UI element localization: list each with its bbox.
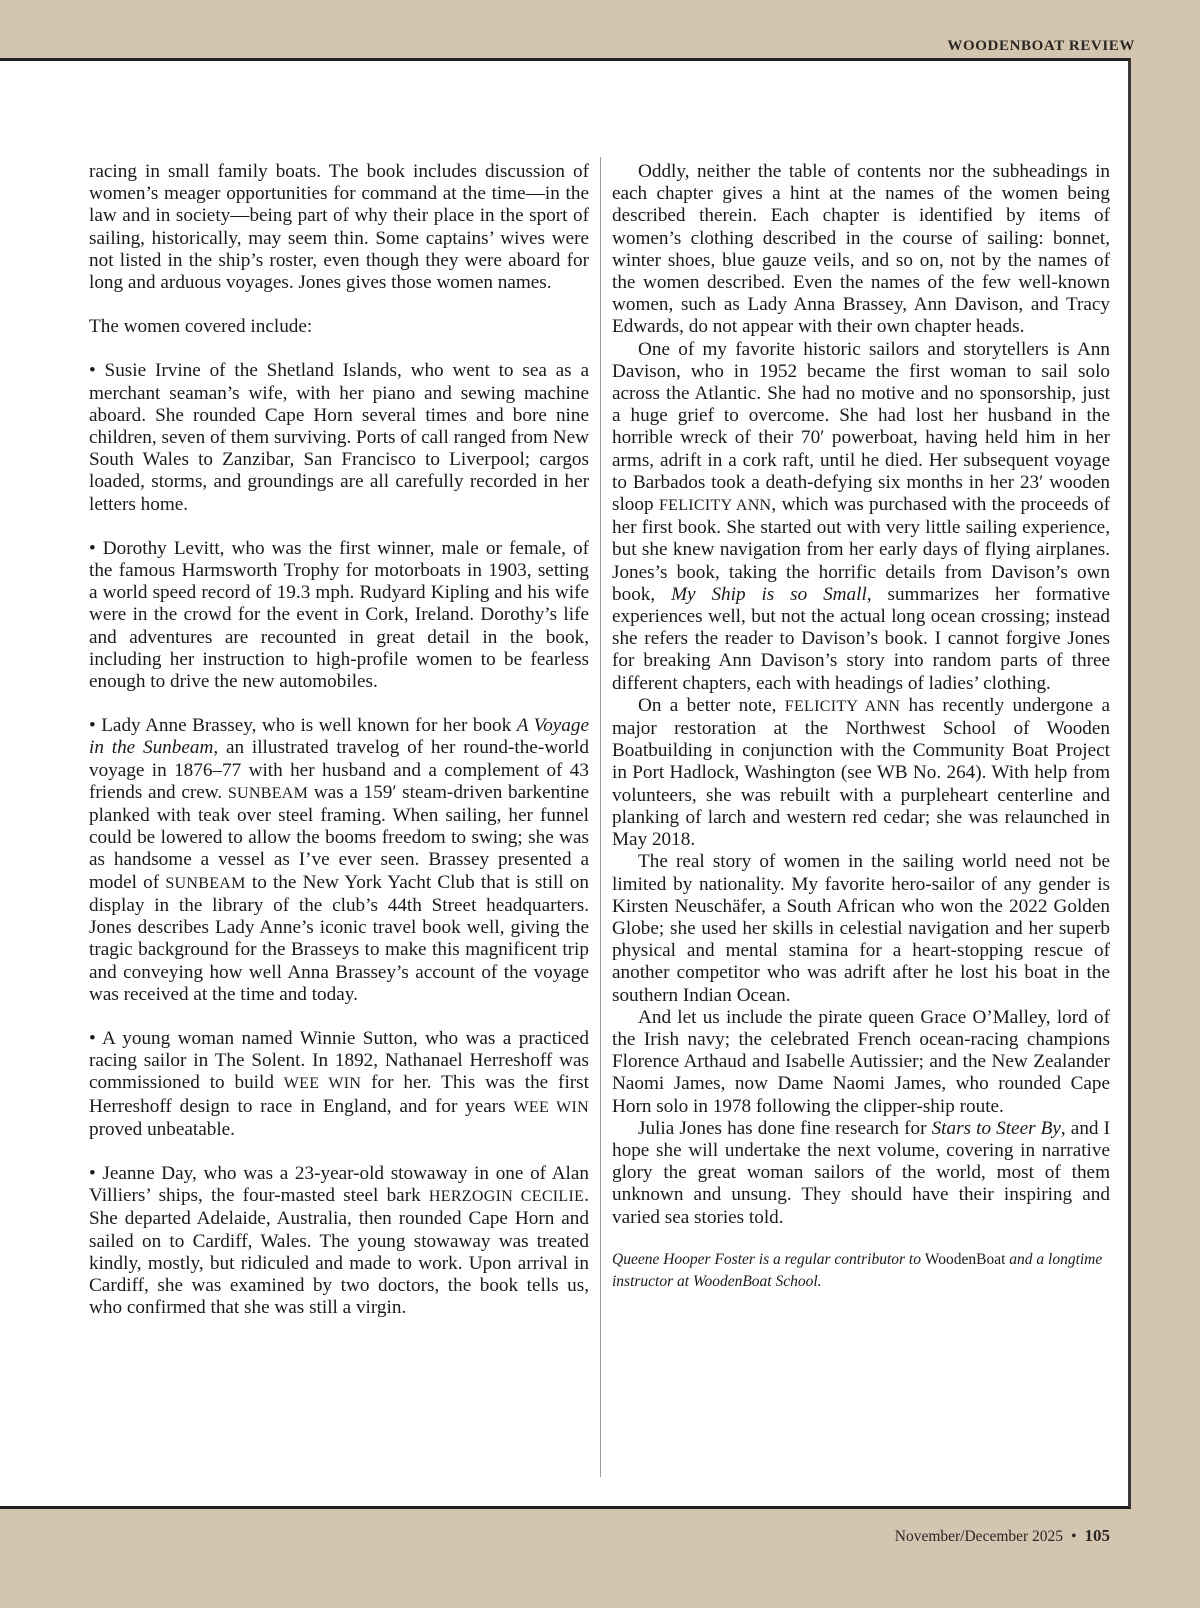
bullet-item: • A young woman named Winnie Sutton, who…	[89, 1028, 589, 1141]
ship-name: WEE WIN	[284, 1075, 362, 1092]
issue-date: November/December 2025	[895, 1528, 1063, 1545]
bullet-item: • Jeanne Day, who was a 23-year-old stow…	[89, 1163, 589, 1319]
paragraph: Julia Jones has done fine research for S…	[612, 1118, 1110, 1229]
bullet-separator: •	[1071, 1528, 1076, 1545]
page-panel: racing in small family boats. The book i…	[0, 58, 1131, 1509]
text: proved unbeatable.	[89, 1119, 235, 1140]
ship-name: WEE WIN	[514, 1099, 590, 1116]
paragraph: The women covered include:	[89, 316, 589, 338]
paragraph: And let us include the pirate queen Grac…	[612, 1007, 1110, 1118]
text: On a better note,	[638, 695, 785, 716]
paragraph: The real story of women in the sailing w…	[612, 851, 1110, 1006]
right-column: Oddly, neither the table of contents nor…	[612, 161, 1110, 1293]
bullet-item: • Dorothy Levitt, who was the first winn…	[89, 538, 589, 693]
ship-name: FELICITY ANN	[785, 698, 900, 715]
paragraph: racing in small family boats. The book i…	[89, 161, 589, 294]
running-head: WOODENBOAT REVIEW	[947, 38, 1135, 55]
page-number: 105	[1085, 1526, 1111, 1545]
column-divider	[600, 157, 601, 1477]
paragraph: On a better note, FELICITY ANN has recen…	[612, 695, 1110, 851]
text: Julia Jones has done fine research for	[638, 1118, 932, 1139]
ship-name: HERZO­GIN CECILIE	[429, 1188, 584, 1205]
ship-name: SUNBEAM	[165, 875, 245, 892]
text: has recently under­gone a major restorat…	[612, 695, 1110, 850]
ship-name: SUNBEAM	[228, 785, 308, 802]
book-title: My Ship is so Small	[671, 584, 867, 605]
text: One of my favorite historic sailors and …	[612, 339, 1110, 515]
bullet-item: • Lady Anne Brassey, who is well known f…	[89, 715, 589, 1006]
book-title: Stars to Steer By	[932, 1118, 1061, 1139]
text: • Lady Anne Brassey, who is well known f…	[89, 715, 517, 736]
magazine-name: WoodenBoat	[925, 1251, 1006, 1268]
paragraph: One of my favorite historic sailors and …	[612, 339, 1110, 695]
ship-name: FELICITY ANN	[659, 497, 771, 514]
page-footer: November/December 2025•105	[895, 1526, 1110, 1546]
text: Queene Hooper Foster is a regular contri…	[612, 1251, 925, 1268]
bullet-item: • Susie Irvine of the Shetland Islands, …	[89, 360, 589, 515]
paragraph: Oddly, neither the table of contents nor…	[612, 161, 1110, 339]
left-column: racing in small family boats. The book i…	[89, 161, 589, 1319]
author-bio: Queene Hooper Foster is a regular contri…	[612, 1249, 1110, 1293]
